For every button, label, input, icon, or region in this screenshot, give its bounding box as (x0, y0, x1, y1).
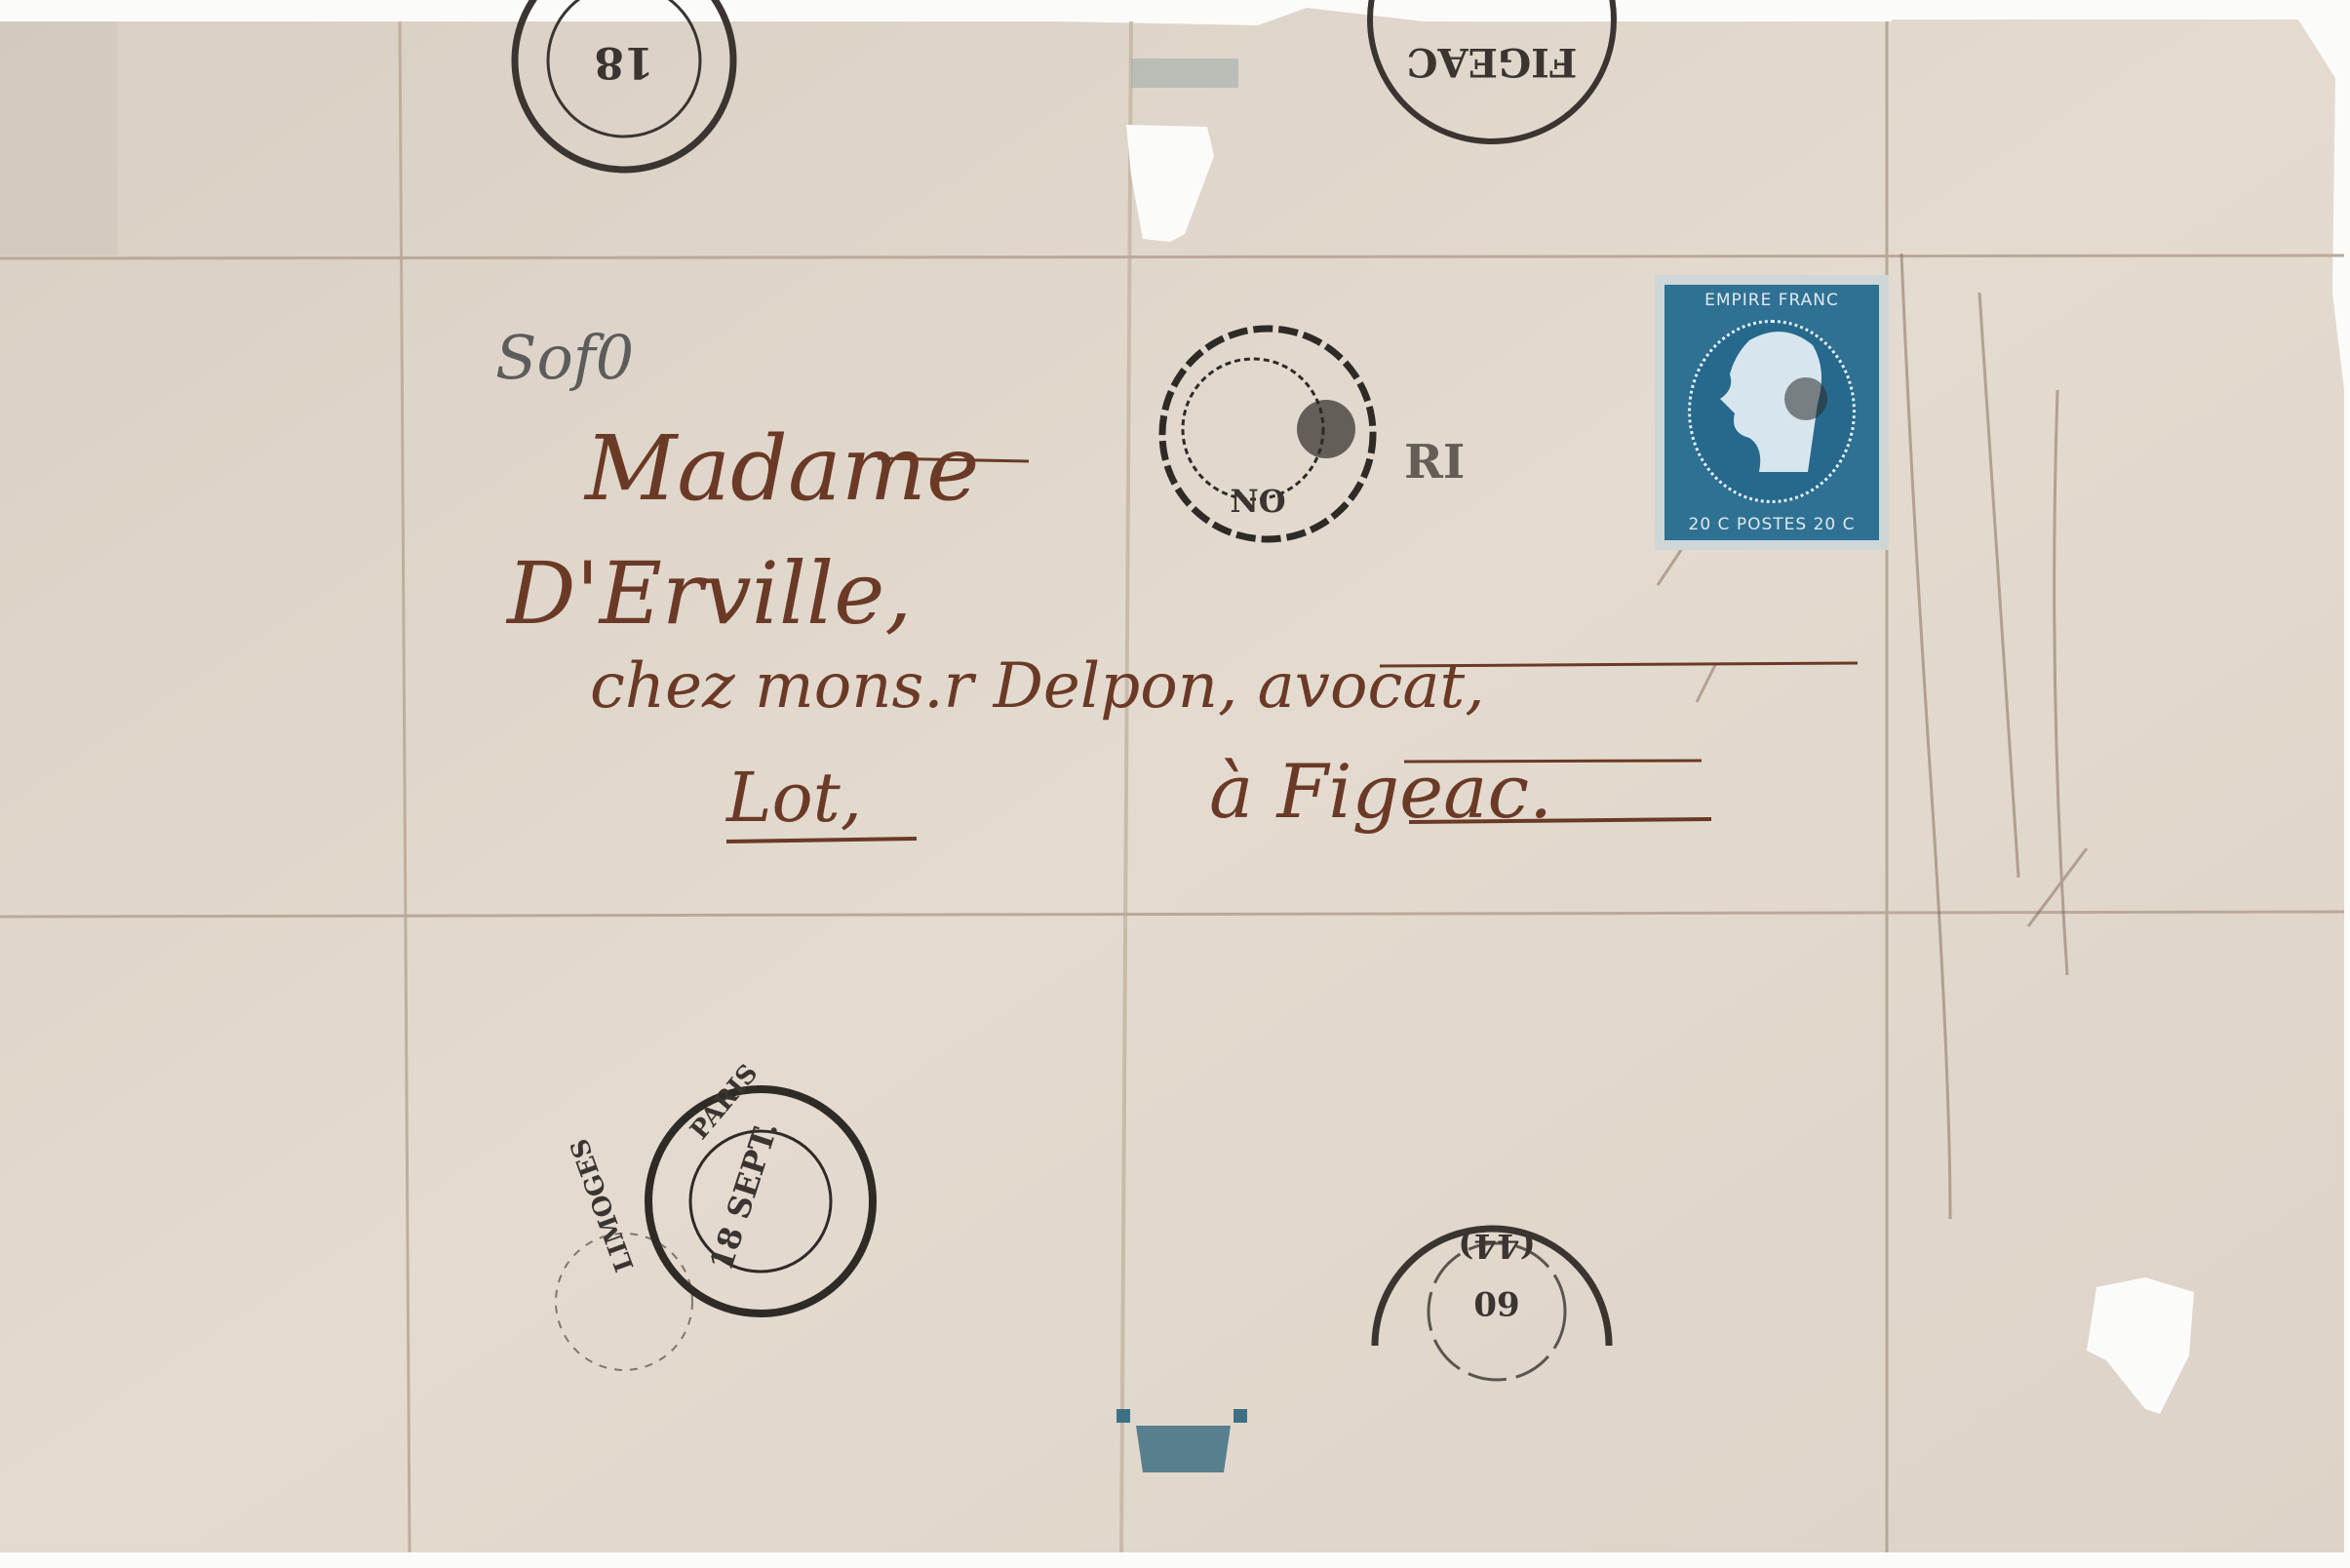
address-line-3: chez mons.r Delpon, avocat, (590, 650, 1485, 723)
napoleon-portrait-icon (1688, 320, 1856, 503)
svg-text:60: 60 (1473, 1283, 1519, 1322)
letter-sheet: 18 FIGEAC NO RI 18 SEPT. PARIS LIMOGES (0, 21, 2350, 1568)
svg-text:(44): (44) (1458, 1226, 1536, 1265)
svg-text:18: 18 (594, 37, 653, 87)
address-line-4-right: à Figeac. (1209, 748, 1552, 835)
pencil-note: Sof0 (495, 322, 634, 393)
svg-text:NO: NO (1230, 483, 1285, 520)
address-line-2: D'Erville, (507, 543, 912, 644)
postage-stamp: EMPIRE FRANC 20 C POSTES 20 C (1655, 275, 1889, 550)
address-line-4-left: Lot, (726, 758, 862, 838)
stamp-bottom-text: 20 C POSTES 20 C (1665, 515, 1879, 534)
address-line-1: Madame (585, 416, 979, 521)
svg-text:RI: RI (1404, 435, 1465, 490)
paper-background: 18 FIGEAC NO RI 18 SEPT. PARIS LIMOGES (0, 0, 2350, 1568)
wax-seal-top (1131, 59, 1238, 88)
svg-text:FIGEAC: FIGEAC (1407, 39, 1578, 85)
wax-seal-bottom (1136, 1426, 1231, 1472)
